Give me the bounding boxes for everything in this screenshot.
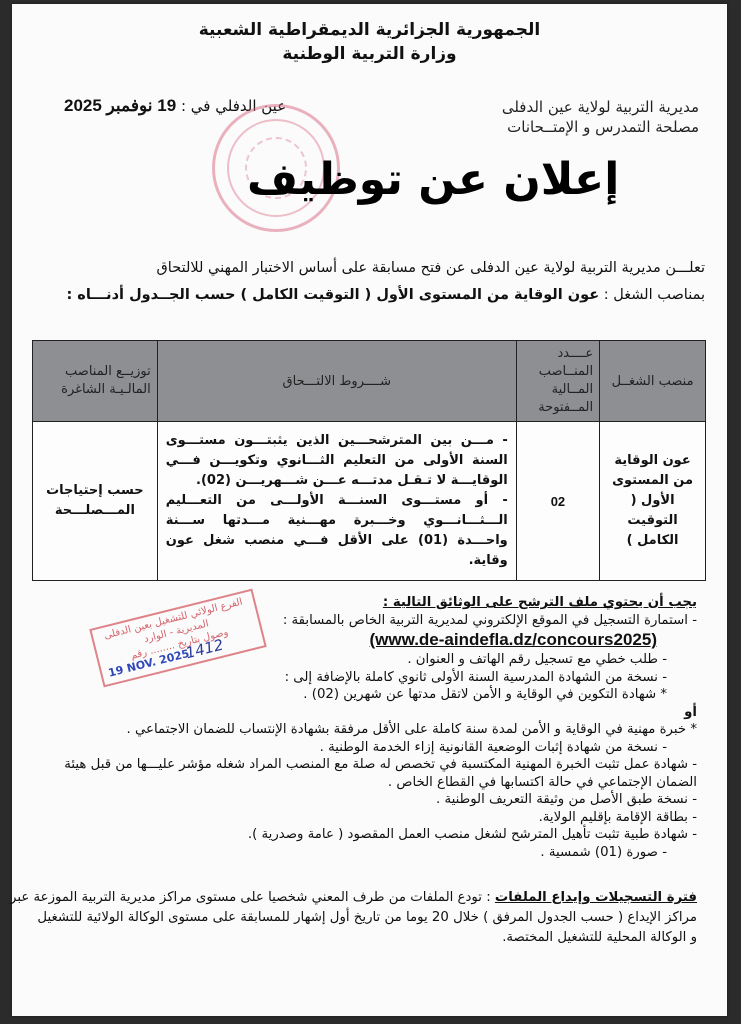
document-item: * خبرة مهنية في الوقاية و الأمن لمدة سنة… bbox=[37, 721, 697, 739]
document-item: - صورة (01) شمسية . bbox=[37, 844, 697, 862]
document-item: - شهادة عمل تثبت الخبرة المهنية المكتسبة… bbox=[37, 756, 697, 774]
table-row: عون الوقاية من المستوى الأول ( التوقيت ا… bbox=[33, 422, 706, 581]
document-page: الجمهورية الجزائرية الديمقراطية الشعبية … bbox=[12, 4, 727, 1016]
document-item: الضمان الإجتماعي في حالة اكتسابها في الق… bbox=[37, 774, 697, 792]
header-distribution: توزيــع المناصب المالـيـة الشاغرة bbox=[33, 341, 158, 422]
registration-text-1: : تودع الملفات من طرف المعني شخصيا على م… bbox=[10, 890, 495, 905]
document-item: - بطاقة الإقامة بإقليم الولاية. bbox=[37, 809, 697, 827]
announcement-title: إعلان عن توظيف bbox=[247, 154, 619, 205]
condition-1: - مـــن بين المترشحـــين الذين يثبتـــون… bbox=[166, 431, 508, 491]
republic-heading: الجمهورية الجزائرية الديمقراطية الشعبية bbox=[12, 20, 727, 40]
document-item: - نسخة طبق الأصل من وثيقة التعريف الوطني… bbox=[37, 791, 697, 809]
directorate-name: مديرية التربية لولاية عين الدفلى bbox=[502, 98, 699, 116]
intro-prefix: بمناصب الشغل : bbox=[604, 287, 705, 303]
registration-line-2: مراكز الإيداع ( حسب الجدول المرفق ) خلال… bbox=[7, 908, 697, 928]
header-count: عــــدد المنــاصب المــالية المــفتوحة bbox=[516, 341, 599, 422]
documents-heading: يجب أن يحتوي ملف الترشح على الوثائق التا… bbox=[37, 594, 697, 612]
registration-line-3: و الوكالة المحلية للتشغيل المختصة. bbox=[7, 928, 697, 948]
cell-distribution: حسب إحتياجات المـــصلـــحة bbox=[33, 422, 158, 581]
registration-label: فترة التسجيلات وإيداع الملفات bbox=[495, 890, 697, 905]
document-item: - نسخة من شهادة إثبات الوضعية القانونية … bbox=[37, 739, 697, 757]
header-conditions: شــــروط الالتـــحاق bbox=[157, 341, 516, 422]
registration-period: فترة التسجيلات وإيداع الملفات : تودع الم… bbox=[7, 888, 697, 948]
cell-post: عون الوقاية من المستوى الأول ( التوقيت ا… bbox=[600, 422, 706, 581]
registration-line-1: فترة التسجيلات وإيداع الملفات : تودع الم… bbox=[7, 888, 697, 908]
date-value: 19 نوفمبر 2025 bbox=[64, 96, 176, 115]
intro-line-2: بمناصب الشغل : عون الوقاية من المستوى ال… bbox=[15, 287, 705, 303]
document-item: * شهادة التكوين في الوقاية و الأمن لاتقل… bbox=[37, 686, 697, 704]
condition-2: - أو مستـــوى السنـــة الأولـــى من التع… bbox=[166, 491, 508, 571]
cell-conditions: - مـــن بين المترشحـــين الذين يثبتـــون… bbox=[157, 422, 516, 581]
document-item: - شهادة طبية تثبت تأهيل المترشح لشغل منص… bbox=[37, 826, 697, 844]
header-post: منصب الشغــل bbox=[600, 341, 706, 422]
or-separator: أو bbox=[37, 704, 697, 722]
cell-count: 02 bbox=[516, 422, 599, 581]
intro-line-1: تعلـــن مديرية التربية لولاية عين الدفلى… bbox=[15, 260, 705, 276]
intro-position: عون الوقاية من المستوى الأول ( التوقيت ا… bbox=[66, 287, 599, 303]
positions-table: منصب الشغــل عــــدد المنــاصب المــالية… bbox=[32, 340, 706, 581]
ministry-heading: وزارة التربية الوطنية bbox=[12, 44, 727, 64]
service-name: مصلحة التمدرس و الإمتــحانات bbox=[507, 118, 699, 136]
table-header-row: منصب الشغــل عــــدد المنــاصب المــالية… bbox=[33, 341, 706, 422]
